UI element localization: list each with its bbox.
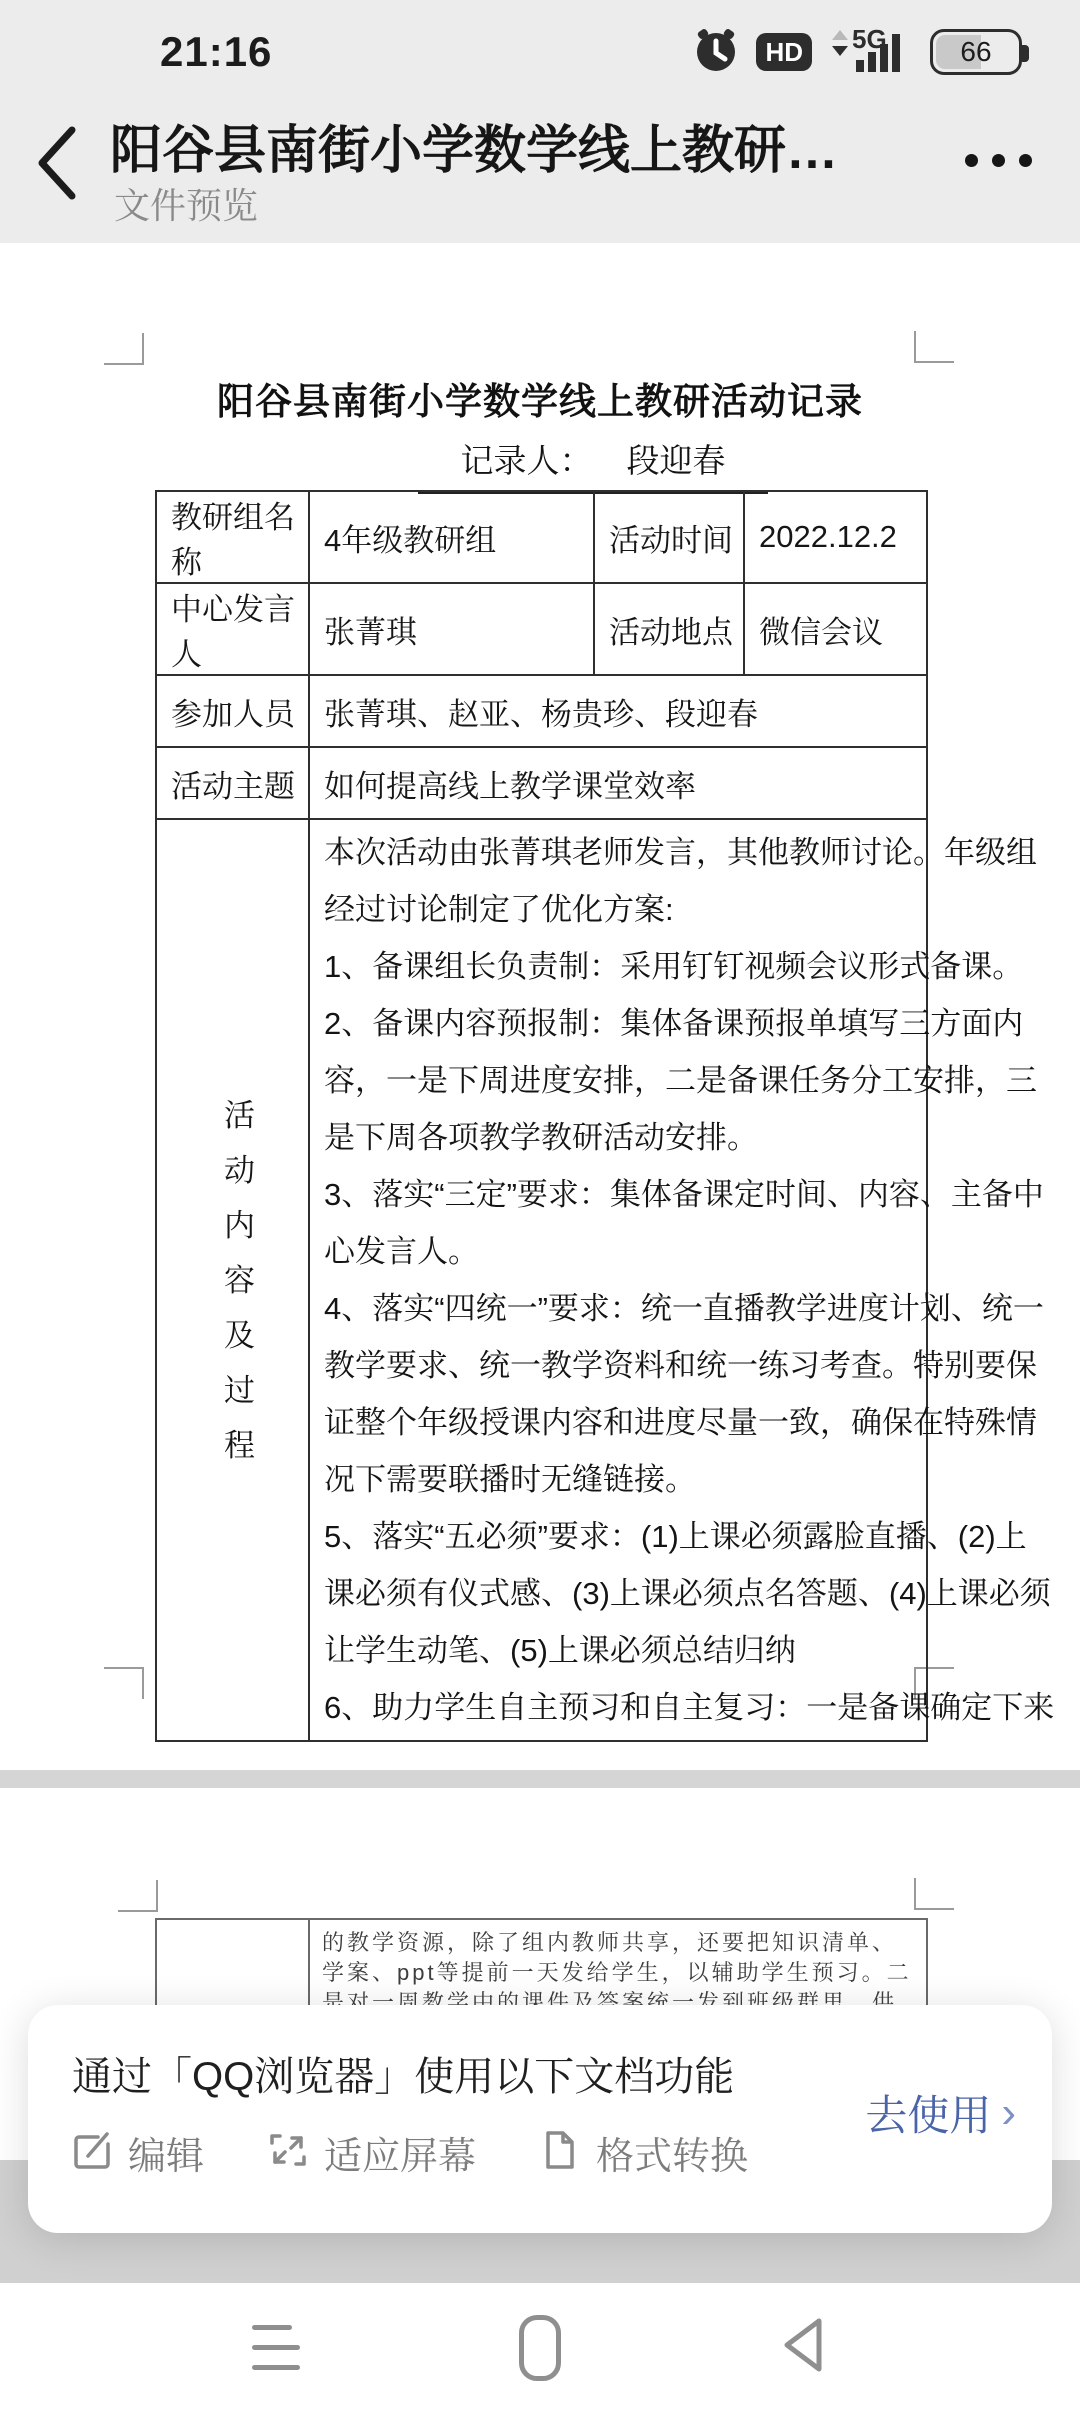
back-triangle-icon — [775, 2313, 833, 2382]
cell-content-value: 本次活动由张菁琪老师发言，其他教师讨论。年级组 经过讨论制定了优化方案: 1、备… — [309, 819, 927, 1741]
cell-speaker-value: 张菁琪 — [309, 583, 594, 675]
cell-place-value: 微信会议 — [744, 583, 927, 675]
document-page-1[interactable]: 阳谷县南街小学数学线上教研活动记录 记录人： 段迎春 教研组名称 4年级教研组 … — [0, 243, 1080, 1770]
more-dot-icon — [992, 154, 1005, 167]
go-use-label: 去使用 — [865, 2083, 991, 2143]
content-line: 本次活动由张菁琪老师发言，其他教师讨论。年级组 — [324, 824, 926, 881]
cell-content-label: 活 动 内 容 及 过 程 — [156, 819, 309, 1741]
cell-group-name-label: 教研组名称 — [156, 491, 309, 583]
activity-record-table: 教研组名称 4年级教研组 活动时间 2022.12.2 中心发言人 张菁琪 活动… — [155, 490, 928, 1742]
phone-screen: 21:16 HD 5G — [0, 0, 1080, 2412]
alarm-icon — [692, 26, 740, 79]
home-square-icon — [519, 2315, 561, 2381]
nav-menu-button[interactable] — [196, 2283, 356, 2412]
nav-bar — [0, 2283, 1080, 2412]
more-dot-icon — [965, 154, 978, 167]
back-chevron-icon — [34, 124, 78, 202]
page2-table-border — [155, 1918, 928, 1920]
page-subtitle: 文件预览 — [114, 178, 258, 229]
page2-line: 的教学资源，除了组内教师共享，还要把知识清单、 — [322, 1928, 922, 1958]
page-title: 阳谷县南街小学数学线上教研… — [110, 108, 900, 183]
go-use-button[interactable]: 去使用 › — [865, 2083, 1016, 2143]
crop-mark-icon — [118, 1880, 158, 1912]
recorder-label: 记录人： — [461, 435, 593, 482]
cell-participants-value: 张菁琪、赵亚、杨贵珍、段迎春 — [309, 675, 927, 747]
table-row: 教研组名称 4年级教研组 活动时间 2022.12.2 — [156, 491, 927, 583]
content-line: 容，一是下周进度安排，二是备课任务分工安排，三 — [324, 1052, 926, 1109]
nav-back-button[interactable] — [724, 2283, 884, 2412]
battery-nub — [1022, 45, 1029, 62]
recorder-name: 段迎春 — [627, 435, 726, 482]
content-line: 心发言人。 — [324, 1223, 926, 1280]
content-line: 3、落实“三定”要求：集体备课定时间、内容、主备中 — [324, 1166, 926, 1223]
content-line: 经过讨论制定了优化方案: — [324, 881, 926, 938]
table-row: 参加人员 张菁琪、赵亚、杨贵珍、段迎春 — [156, 675, 927, 747]
signal-icon: 5G — [828, 24, 914, 81]
content-line: 让学生动笔、(5)上课必须总结归纳 — [324, 1622, 926, 1679]
document-icon — [540, 2130, 580, 2175]
content-line: 证整个年级授课内容和进度尽量一致，确保在特殊情 — [324, 1394, 926, 1451]
table-row: 活动主题 如何提高线上教学课堂效率 — [156, 747, 927, 819]
header: 阳谷县南街小学数学线上教研… 文件预览 — [0, 100, 1080, 243]
cell-participants-label: 参加人员 — [156, 675, 309, 747]
content-line: 5、落实“五必须”要求：(1)上课必须露脸直播、(2)上 — [324, 1508, 926, 1565]
page-separator — [0, 1770, 1080, 1788]
feature-label: 格式转换 — [596, 2125, 748, 2180]
crop-mark-icon — [104, 333, 144, 365]
vertical-label-char: 程 — [171, 1418, 308, 1473]
edit-icon — [72, 2130, 112, 2175]
feature-format-convert[interactable]: 格式转换 — [540, 2125, 748, 2180]
sheet-title: 通过「QQ浏览器」使用以下文档功能 — [72, 2045, 734, 2102]
vertical-label-char: 内 — [171, 1198, 308, 1253]
vertical-label-char: 容 — [171, 1253, 308, 1308]
hd-icon: HD — [756, 33, 812, 71]
vertical-label-char: 动 — [171, 1143, 308, 1198]
chevron-right-icon: › — [1001, 2088, 1016, 2138]
cell-time-value: 2022.12.2 — [744, 491, 927, 583]
recorder-line: 记录人： 段迎春 — [418, 435, 768, 494]
table-row: 活 动 内 容 及 过 程 本次活动由张菁琪老师发言，其他教师讨论。年级组 经过… — [156, 819, 927, 1741]
cell-time-label: 活动时间 — [594, 491, 744, 583]
feature-label: 适应屏幕 — [324, 2125, 476, 2180]
menu-icon — [252, 2325, 300, 2370]
back-button[interactable] — [26, 118, 86, 208]
cell-topic-label: 活动主题 — [156, 747, 309, 819]
feature-edit[interactable]: 编辑 — [72, 2125, 204, 2180]
crop-mark-icon — [914, 331, 954, 363]
crop-mark-icon — [914, 1878, 954, 1910]
clock-text: 21:16 — [160, 28, 272, 76]
more-button[interactable] — [965, 140, 1032, 180]
content-line: 4、落实“四统一”要求：统一直播教学进度计划、统一 — [324, 1280, 926, 1337]
content-line: 是下周各项教学教研活动安排。 — [324, 1109, 926, 1166]
cell-speaker-label: 中心发言人 — [156, 583, 309, 675]
top-bar: 21:16 HD 5G — [0, 0, 1080, 243]
vertical-label-char: 及 — [171, 1308, 308, 1363]
content-line: 2、备课内容预报制：集体备课预报单填写三方面内 — [324, 995, 926, 1052]
vertical-label-char: 活 — [171, 1088, 308, 1143]
bottom-sheet: 通过「QQ浏览器」使用以下文档功能 编辑 — [28, 2005, 1052, 2233]
page2-line: 学案、ppt等提前一天发给学生，以辅助学生预习。二 — [322, 1958, 922, 1988]
crop-mark-icon — [104, 1667, 144, 1699]
battery-icon: 66 — [930, 29, 1022, 75]
sheet-features: 编辑 适应屏幕 — [72, 2125, 748, 2180]
vertical-label-char: 过 — [171, 1363, 308, 1418]
content-line: 课必须有仪式感、(3)上课必须点名答题、(4)上课必须 — [324, 1565, 926, 1622]
status-icons: HD 5G 66 — [692, 24, 1022, 80]
content-line: 1、备课组长负责制：采用钉钉视频会议形式备课。 — [324, 938, 926, 995]
feature-label: 编辑 — [128, 2125, 204, 2180]
content-line: 教学要求、统一教学资料和统一练习考查。特别要保 — [324, 1337, 926, 1394]
document-title: 阳谷县南街小学数学线上教研活动记录 — [0, 371, 1080, 425]
status-bar: 21:16 HD 5G — [0, 0, 1080, 100]
nav-home-button[interactable] — [460, 2283, 620, 2412]
expand-icon — [268, 2130, 308, 2175]
more-dot-icon — [1019, 154, 1032, 167]
content-line: 况下需要联播时无缝链接。 — [324, 1451, 926, 1508]
cell-topic-value: 如何提高线上教学课堂效率 — [309, 747, 927, 819]
content-line: 6、助力学生自主预习和自主复习：一是备课确定下来 — [324, 1679, 926, 1736]
cell-group-name-value: 4年级教研组 — [309, 491, 594, 583]
feature-fit-screen[interactable]: 适应屏幕 — [268, 2125, 476, 2180]
table-row: 中心发言人 张菁琪 活动地点 微信会议 — [156, 583, 927, 675]
cell-place-label: 活动地点 — [594, 583, 744, 675]
battery-level: 66 — [960, 36, 991, 68]
